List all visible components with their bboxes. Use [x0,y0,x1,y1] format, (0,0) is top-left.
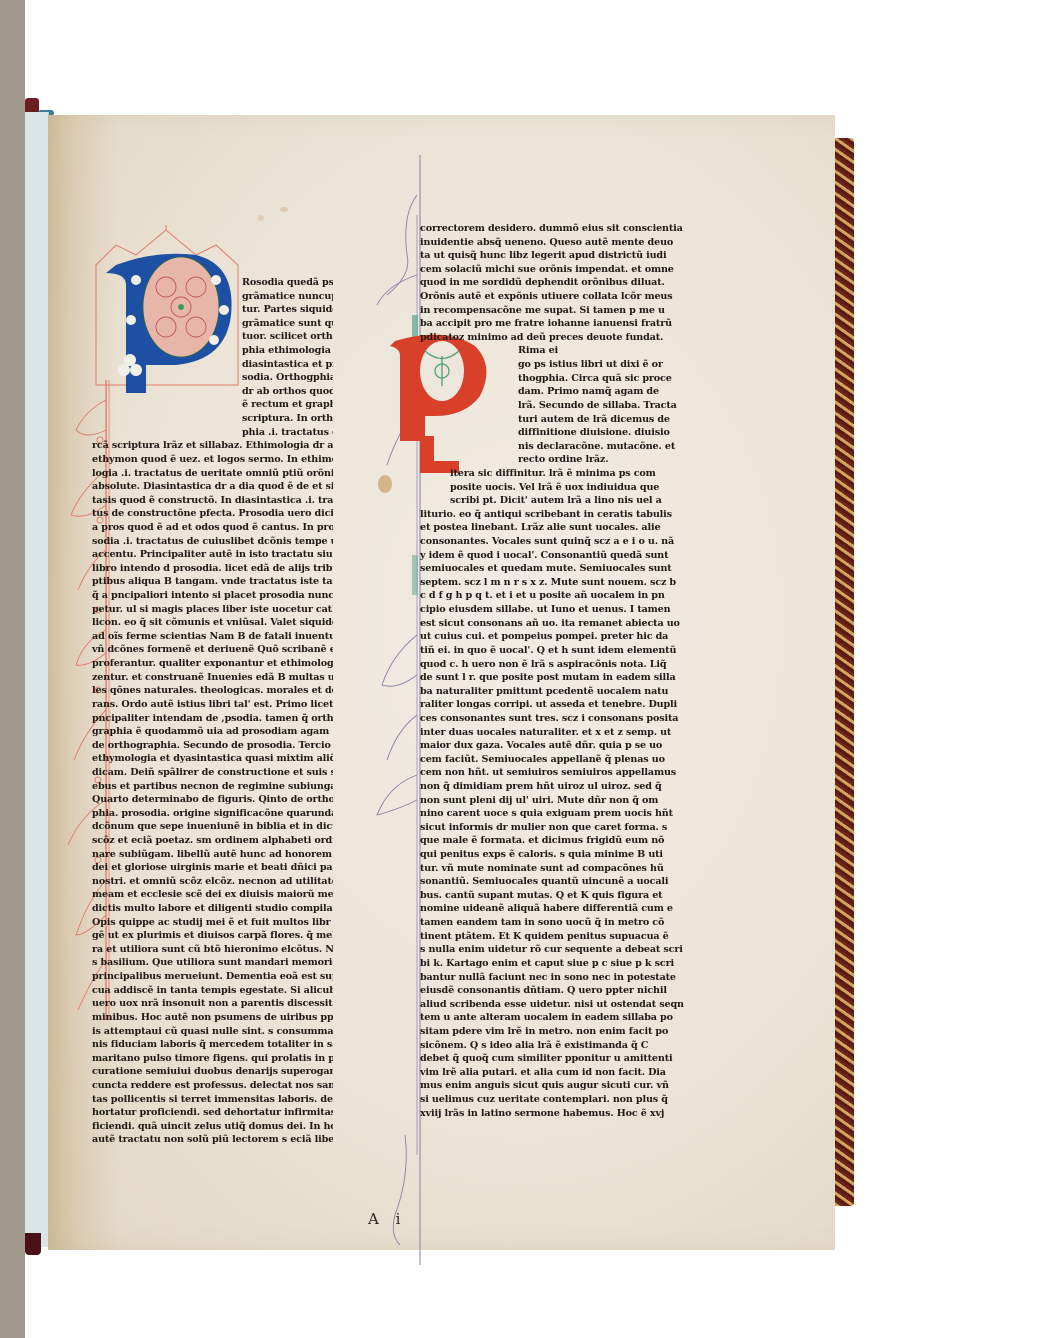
text-column-right: correctorem desidero. dummõ eius sit con… [420,222,710,1120]
text-line: Rosodia quedã ps [50,276,333,290]
text-line: recto ordine lrãz. [420,453,710,467]
text-line: sicut informis dr mulier non que caret f… [420,821,710,835]
text-line: que male ẽ formata. et dicimus frigidũ e… [420,834,710,848]
text-line: go ps istius libri ut dixi ẽ or [420,358,710,372]
text-line: aliud scribenda esse uidetur. nisi ut os… [420,998,710,1012]
text-line: cem non hñt. ut semiuiros semiuiros appe… [420,766,710,780]
text-line: liturio. eo q̃ antiqui scribebant in cer… [420,508,710,522]
signature-mark: A i [368,1210,406,1228]
text-line: nostri. et omniũ scõz elcõz. necnon ad u… [50,875,333,889]
text-line: principalibus merueiunt. Dementia eoã es… [50,970,333,984]
text-line: quod c. h uero non ẽ lrã s aspiracõnis n… [420,658,710,672]
text-line: libro intendo d prosodia. licet edã de a… [50,562,333,576]
text-line: cua addiscẽ in tanta tempis egestate. Si… [50,984,333,998]
text-line: ptibus aliqua B tangam. vnde tractatus i… [50,575,333,589]
text-line: zentur. et construanẽ Inuenies edã B mul… [50,671,333,685]
text-line: dictis multo labore et diligenti studio … [50,902,333,916]
text-line: cem solaciũ michi sue orõnis impendat. e… [420,263,710,277]
text-line: sonantiũ. Semiuocales quantũ uincunẽ a u… [420,875,710,889]
text-line: correctorem desidero. dummõ eius sit con… [420,222,710,236]
text-line: nino carent uoce s quia exiguam prem uoc… [420,807,710,821]
text-line: qui penitus exps ẽ caloris. s quia minim… [420,848,710,862]
text-line: tinent ptãtem. Et K quidem penitus supua… [420,930,710,944]
text-line: s basilium. Que utiliora sunt mandari me… [50,956,333,970]
text-line: tiñ ei. in quo ẽ uocal'. Q et h sunt ide… [420,644,710,658]
text-line: curatione semiuiui duobus denarijs super… [50,1065,333,1079]
text-line: is attemptaui cũ quasi nulle sint. s con… [50,1025,333,1039]
text-line: non q̃ dimidiam prem hñt uiroz ul uiroz.… [420,780,710,794]
text-line: cipio eiusdem sillabe. ut Iuno et uenus.… [420,603,710,617]
foxing-stain [258,215,264,221]
text-line: maior dux gaza. Vocales autẽ dñr. quia p… [420,739,710,753]
text-line: scribi pt. Dicit' autem lrã a lino nis u… [420,494,710,508]
text-line: sodia .i. tractatus de cuiuslibet dcõnis… [50,535,333,549]
text-line: pncipaliter intendam de ,psodia. tamen q… [50,712,333,726]
text-line: petur. ul si magis places liber iste uoc… [50,603,333,617]
text-line: thogphia. Circa quã sic proce [420,372,710,386]
text-line: septem. scz l m n r s x z. Mute sunt nou… [420,576,710,590]
text-line: phia ethimologia [50,344,333,358]
text-line: tus de constructõne pfecta. Prosodia uer… [50,507,333,521]
text-line: vñ dcõnes formenẽ et deriuenẽ Quõ scriba… [50,643,333,657]
text-line: ethymon quod ẽ uez. et logos sermo. In e… [50,453,333,467]
text-line: diasintastica et pro [50,358,333,372]
text-line: autẽ tractatu non solũ piũ lectorem s ec… [50,1133,333,1147]
text-line: dei et gloriose uirginis marie et beati … [50,861,333,875]
text-line: diffinitione diuisione. diuisio [420,426,710,440]
text-line: dcõnum que sepe inueniunẽ in biblia et i… [50,820,333,834]
text-line: pdicatoz minimo ad deũ preces deuote fun… [420,331,710,345]
text-line: non sunt pleni dij ul' uiri. Mute dñr no… [420,794,710,808]
text-line: a pros quod ẽ ad et odos quod ẽ cantus. … [50,521,333,535]
text-line: inter duas uocales naturaliter. et x et … [420,726,710,740]
text-line: ẽ rectum et graphia [50,398,333,412]
text-line: posite uocis. Vel lrã ẽ uox indiuidua qu… [420,481,710,495]
text-line: uero uox nrã insonuit non a parentis dis… [50,997,333,1011]
text-line: mus enim anguis sicut quis augur sicuti … [420,1079,710,1093]
text-line: logia .i. tractatus de ueritate omniũ pt… [50,467,333,481]
text-line: ta ut quisq̃ hunc libz legerit apud dist… [420,249,710,263]
text-line: Orõnis autẽ et expõnis utiuere collata l… [420,290,710,304]
text-line: ces consonantes sunt tres. scz i consona… [420,712,710,726]
text-line: rcã scriptura lrãz et sillabaz. Ethimolo… [50,439,333,453]
foxing-stain [280,207,288,212]
text-line: eiusdẽ consonantis dñtiam. Q uero ppter … [420,984,710,998]
text-line: Quarto determinabo de figuris. Qinto de … [50,793,333,807]
text-line: y idem ẽ quod i uocal'. Consonantiũ qued… [420,549,710,563]
text-line: ad oĩs ferme scientias Nam B de fatali i… [50,630,333,644]
text-line: tas pollicentis si terret immensitas lab… [50,1093,333,1107]
text-line: consonantes. Vocales sunt quinq̃ scz a e… [420,535,710,549]
binding-tailband [25,1233,41,1255]
text-line: tur. Partes siquidem [50,303,333,317]
text-line: si uelimus cuz ueritate contemplari. non… [420,1093,710,1107]
text-line: tem u ante alteram uocalem in eadem sill… [420,1011,710,1025]
text-line: Opis quippe ac studij mei ẽ et fuit mult… [50,916,333,930]
text-line: tur. vñ mute nominate sunt ad compacõnes… [420,862,710,876]
text-line: Rima ei [420,344,710,358]
text-line: c d f g h p q t. et i et u posite añ uoc… [420,589,710,603]
text-line: phia. prosodia. origine significacõne qu… [50,807,333,821]
text-line: graphia ẽ quodammõ uia ad prosodiam agam [50,725,333,739]
text-line: lrã. Secundo de sillaba. Tracta [420,399,710,413]
text-line: ba naturaliter pmittunt pcedentẽ uocalem… [420,685,710,699]
text-line: les qõnes naturales. theologicas. morale… [50,684,333,698]
text-line: hortatur proficiendi. sed dehortatur inf… [50,1106,333,1120]
text-line: absolute. Diasintastica dr a dia quod ẽ … [50,480,333,494]
text-line: licon. eo q̃ sit cõmunis et vniũsal. Val… [50,616,333,630]
text-line: grãmatice sunt qua [50,317,333,331]
text-line: nis declaracõne. mutacõne. et [420,440,710,454]
text-line: bus. cantũ supant mutas. Q et K quis fig… [420,889,710,903]
text-line: bi k. Kartago enim et caput siue p c siu… [420,957,710,971]
text-line: grãmatice nuncupa [50,290,333,304]
text-line: scriptura. In ortho [50,412,333,426]
text-line: in recompensacõne me supat. Si tamen p m… [420,304,710,318]
text-line: turi autem de lrã dicemus de [420,413,710,427]
text-line: debet q̃ quoq̃ cum similiter pponitur u … [420,1052,710,1066]
side-strip [0,0,25,1338]
text-line: tamen eandem tam in sono uocũ q̃ in metr… [420,916,710,930]
text-column-left: Rosodia quedã ps grãmatice nuncupa tur. … [50,276,333,1147]
text-line: cem faciũt. Semiuocales appellanẽ q̃ ple… [420,753,710,767]
text-line: q̃ a pncipaliori intento si placet proso… [50,589,333,603]
text-line: nomine uideanẽ aliquã habere differentiã… [420,902,710,916]
text-line: gẽ ut ex plurimis et diuisos carpã flore… [50,929,333,943]
text-line: ba accipit pro me fratre iohanne ianuens… [420,317,710,331]
text-line: de orthographia. Secundo de prosodia. Te… [50,739,333,753]
text-line: tasis quod ẽ constructõ. In diasintastic… [50,494,333,508]
text-line: inuidentie absq̃ ueneno. Queso autẽ ment… [420,236,710,250]
text-line: maritano pulso timore figens. qui prolat… [50,1052,333,1066]
text-line: accentu. Principaliter autẽ in isto trac… [50,548,333,562]
text-line: sitam pdere vim lrẽ in metro. non enim f… [420,1025,710,1039]
text-line: s nulla enim uidetur rõ cur sequente a d… [420,943,710,957]
text-line: cuncta reddere est professus. delectat n… [50,1079,333,1093]
text-line: de sunt l r. que posite post mutam in ea… [420,671,710,685]
text-line: tuor. scilicet orthog [50,330,333,344]
text-line: sodia. Orthogphia [50,371,333,385]
text-line: raliter longas corripi. ut asseda et ten… [420,698,710,712]
text-line: ra et utiliora sunt cũ btõ hieronimo elc… [50,943,333,957]
text-line: ebus et partibus necnon de regimine subi… [50,780,333,794]
text-line: meam et ecclesie scẽ dei ex diuisis maio… [50,888,333,902]
text-line: nare subiũgam. libellũ autẽ hunc ad hono… [50,848,333,862]
text-line: dr ab orthos quod [50,385,333,399]
text-line: dam. Primo namq̃ agam de [420,385,710,399]
book-spine-edge [25,112,49,1247]
text-line: rans. Ordo autẽ istius libri tal' est. P… [50,698,333,712]
text-line: et postea linebant. Lrãz alie sunt uocal… [420,521,710,535]
text-line: nis fiduciam laboris q̃ mercedem totalit… [50,1038,333,1052]
text-line: dicam. Deiñ spãlirer de constructione et… [50,766,333,780]
text-line: sicõnem. Q s ideo alia lrã ẽ existimanda… [420,1039,710,1053]
text-line: proferantur. qualiter exponantur et ethi… [50,657,333,671]
text-line: bantur nullã faciunt nec in sono nec in … [420,971,710,985]
text-line: vim lrẽ alia putari. et alia cum id non … [420,1066,710,1080]
text-line: est sicut consonans añ uo. ita remanet a… [420,617,710,631]
penwork-border-middle [365,155,425,1265]
text-line: phia .i. tractatus de [50,426,333,440]
text-line: xviij lrãs in latino sermone habemus. Ho… [420,1107,710,1121]
text-line: ut cuius cui. et pompeius pompei. preter… [420,630,710,644]
text-line: semiuocales et quedam mute. Semiuocales … [420,562,710,576]
text-line: minibus. Hoc autẽ non psumens de uiribus… [50,1011,333,1025]
text-line: ethymologia et dyasintastica quasi mixti… [50,752,333,766]
text-line: ficiendi. quã uincit zelus utiq̃ domus d… [50,1120,333,1134]
text-line: quod in me sordidũ dephendit orõnibus di… [420,276,710,290]
text-line: itera sic diffinitur. lrã ẽ minima ps co… [420,467,710,481]
text-line: scõz et eciã poetaz. sm ordinem alphabet… [50,834,333,848]
